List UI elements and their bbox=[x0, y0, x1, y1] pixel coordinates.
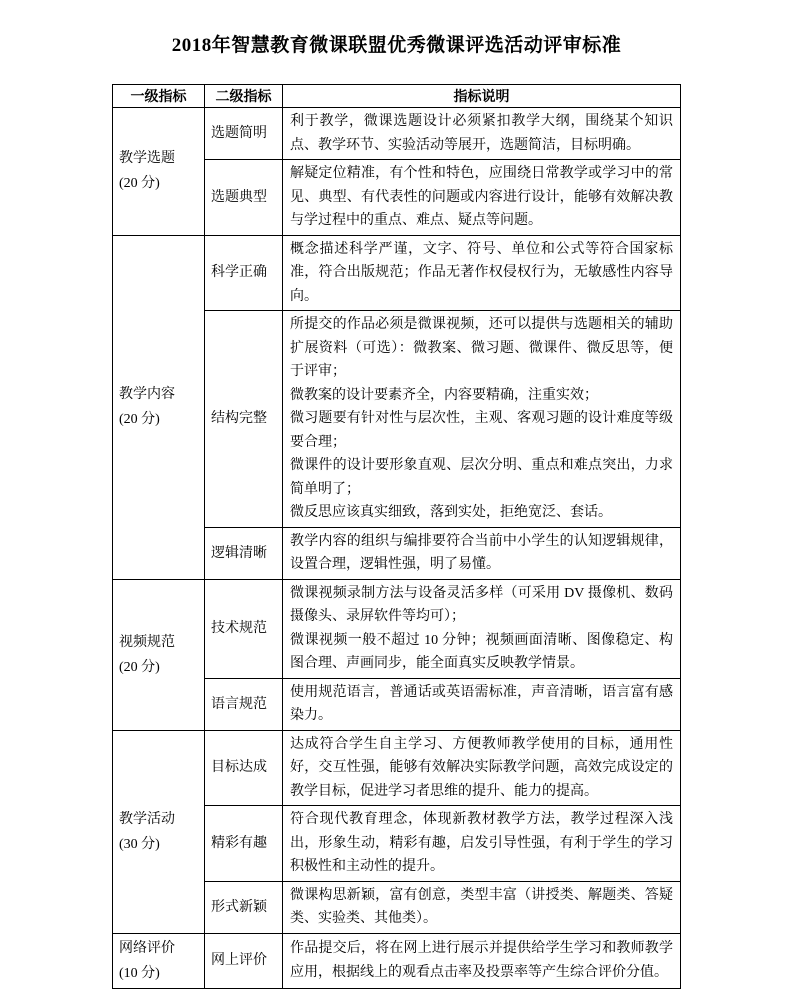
level1-score: (10 分) bbox=[119, 961, 198, 986]
level1-name: 网络评价 bbox=[119, 936, 198, 961]
level2-indicator-cell: 目标达成 bbox=[205, 730, 283, 806]
indicator-description-cell: 使用规范语言，普通话或英语需标准，声音清晰，语言富有感染力。 bbox=[283, 678, 681, 730]
indicator-description-cell: 概念描述科学严谨，文字、符号、单位和公式等符合国家标准，符合出版规范；作品无著作… bbox=[283, 235, 681, 311]
document-page: 2018年智慧教育微课联盟优秀微课评选活动评审标准 一级指标 二级指标 指标说明… bbox=[0, 0, 793, 989]
table-row: 视频规范 (20 分) 技术规范 微课视频录制方法与设备灵活多样（可采用 DV … bbox=[113, 579, 681, 678]
table-header-row: 一级指标 二级指标 指标说明 bbox=[113, 85, 681, 108]
level2-indicator-cell: 选题典型 bbox=[205, 160, 283, 236]
indicator-description-cell: 解疑定位精准，有个性和特色，应围绕日常教学或学习中的常见、典型、有代表性的问题或… bbox=[283, 160, 681, 236]
level2-indicator-cell: 技术规范 bbox=[205, 579, 283, 678]
level1-name: 教学内容 bbox=[119, 382, 198, 407]
level1-score: (20 分) bbox=[119, 407, 198, 432]
indicator-description-cell: 教学内容的组织与编排要符合当前中小学生的认知逻辑规律，设置合理，逻辑性强，明了易… bbox=[283, 527, 681, 579]
indicator-description-cell: 作品提交后，将在网上进行展示并提供给学生学习和教师教学应用，根据线上的观看点击率… bbox=[283, 933, 681, 988]
table-row: 教学内容 (20 分) 科学正确 概念描述科学严谨，文字、符号、单位和公式等符合… bbox=[113, 235, 681, 311]
table-row: 教学活动 (30 分) 目标达成 达成符合学生自主学习、方便教师教学使用的目标，… bbox=[113, 730, 681, 806]
indicator-description-cell: 微课视频录制方法与设备灵活多样（可采用 DV 摄像机、数码摄像头、录屏软件等均可… bbox=[283, 579, 681, 678]
table-row: 网络评价 (10 分) 网上评价 作品提交后，将在网上进行展示并提供给学生学习和… bbox=[113, 933, 681, 988]
indicator-description-cell: 达成符合学生自主学习、方便教师教学使用的目标，通用性好，交互性强，能够有效解决实… bbox=[283, 730, 681, 806]
level1-indicator-cell: 视频规范 (20 分) bbox=[113, 579, 205, 730]
level1-name: 视频规范 bbox=[119, 630, 198, 655]
indicator-description-cell: 利于教学，微课选题设计必须紧扣教学大纲，围绕某个知识点、教学环节、实验活动等展开… bbox=[283, 108, 681, 160]
level1-name: 教学选题 bbox=[119, 146, 198, 171]
level1-score: (20 分) bbox=[119, 171, 198, 196]
indicator-description-cell: 微课构思新颖，富有创意，类型丰富（讲授类、解题类、答疑类、实验类、其他类）。 bbox=[283, 881, 681, 933]
criteria-table: 一级指标 二级指标 指标说明 教学选题 (20 分) 选题简明 利于教学，微课选… bbox=[112, 84, 681, 989]
level2-indicator-cell: 科学正确 bbox=[205, 235, 283, 311]
level1-score: (30 分) bbox=[119, 832, 198, 857]
level1-indicator-cell: 教学活动 (30 分) bbox=[113, 730, 205, 933]
level2-indicator-cell: 精彩有趣 bbox=[205, 806, 283, 882]
indicator-description-cell: 所提交的作品必须是微课视频，还可以提供与选题相关的辅助扩展资料（可选）：微教案、… bbox=[283, 311, 681, 528]
column-header-level1: 一级指标 bbox=[113, 85, 205, 108]
level1-score: (20 分) bbox=[119, 655, 198, 680]
indicator-description-cell: 符合现代教育理念，体现新教材教学方法，教学过程深入浅出，形象生动，精彩有趣，启发… bbox=[283, 806, 681, 882]
page-title: 2018年智慧教育微课联盟优秀微课评选活动评审标准 bbox=[0, 30, 793, 57]
level2-indicator-cell: 逻辑清晰 bbox=[205, 527, 283, 579]
level2-indicator-cell: 形式新颖 bbox=[205, 881, 283, 933]
level2-indicator-cell: 选题简明 bbox=[205, 108, 283, 160]
column-header-description: 指标说明 bbox=[283, 85, 681, 108]
level2-indicator-cell: 结构完整 bbox=[205, 311, 283, 528]
level2-indicator-cell: 网上评价 bbox=[205, 933, 283, 988]
level1-indicator-cell: 网络评价 (10 分) bbox=[113, 933, 205, 988]
column-header-level2: 二级指标 bbox=[205, 85, 283, 108]
level1-name: 教学活动 bbox=[119, 807, 198, 832]
level1-indicator-cell: 教学选题 (20 分) bbox=[113, 108, 205, 236]
table-row: 教学选题 (20 分) 选题简明 利于教学，微课选题设计必须紧扣教学大纲，围绕某… bbox=[113, 108, 681, 160]
level2-indicator-cell: 语言规范 bbox=[205, 678, 283, 730]
level1-indicator-cell: 教学内容 (20 分) bbox=[113, 235, 205, 579]
